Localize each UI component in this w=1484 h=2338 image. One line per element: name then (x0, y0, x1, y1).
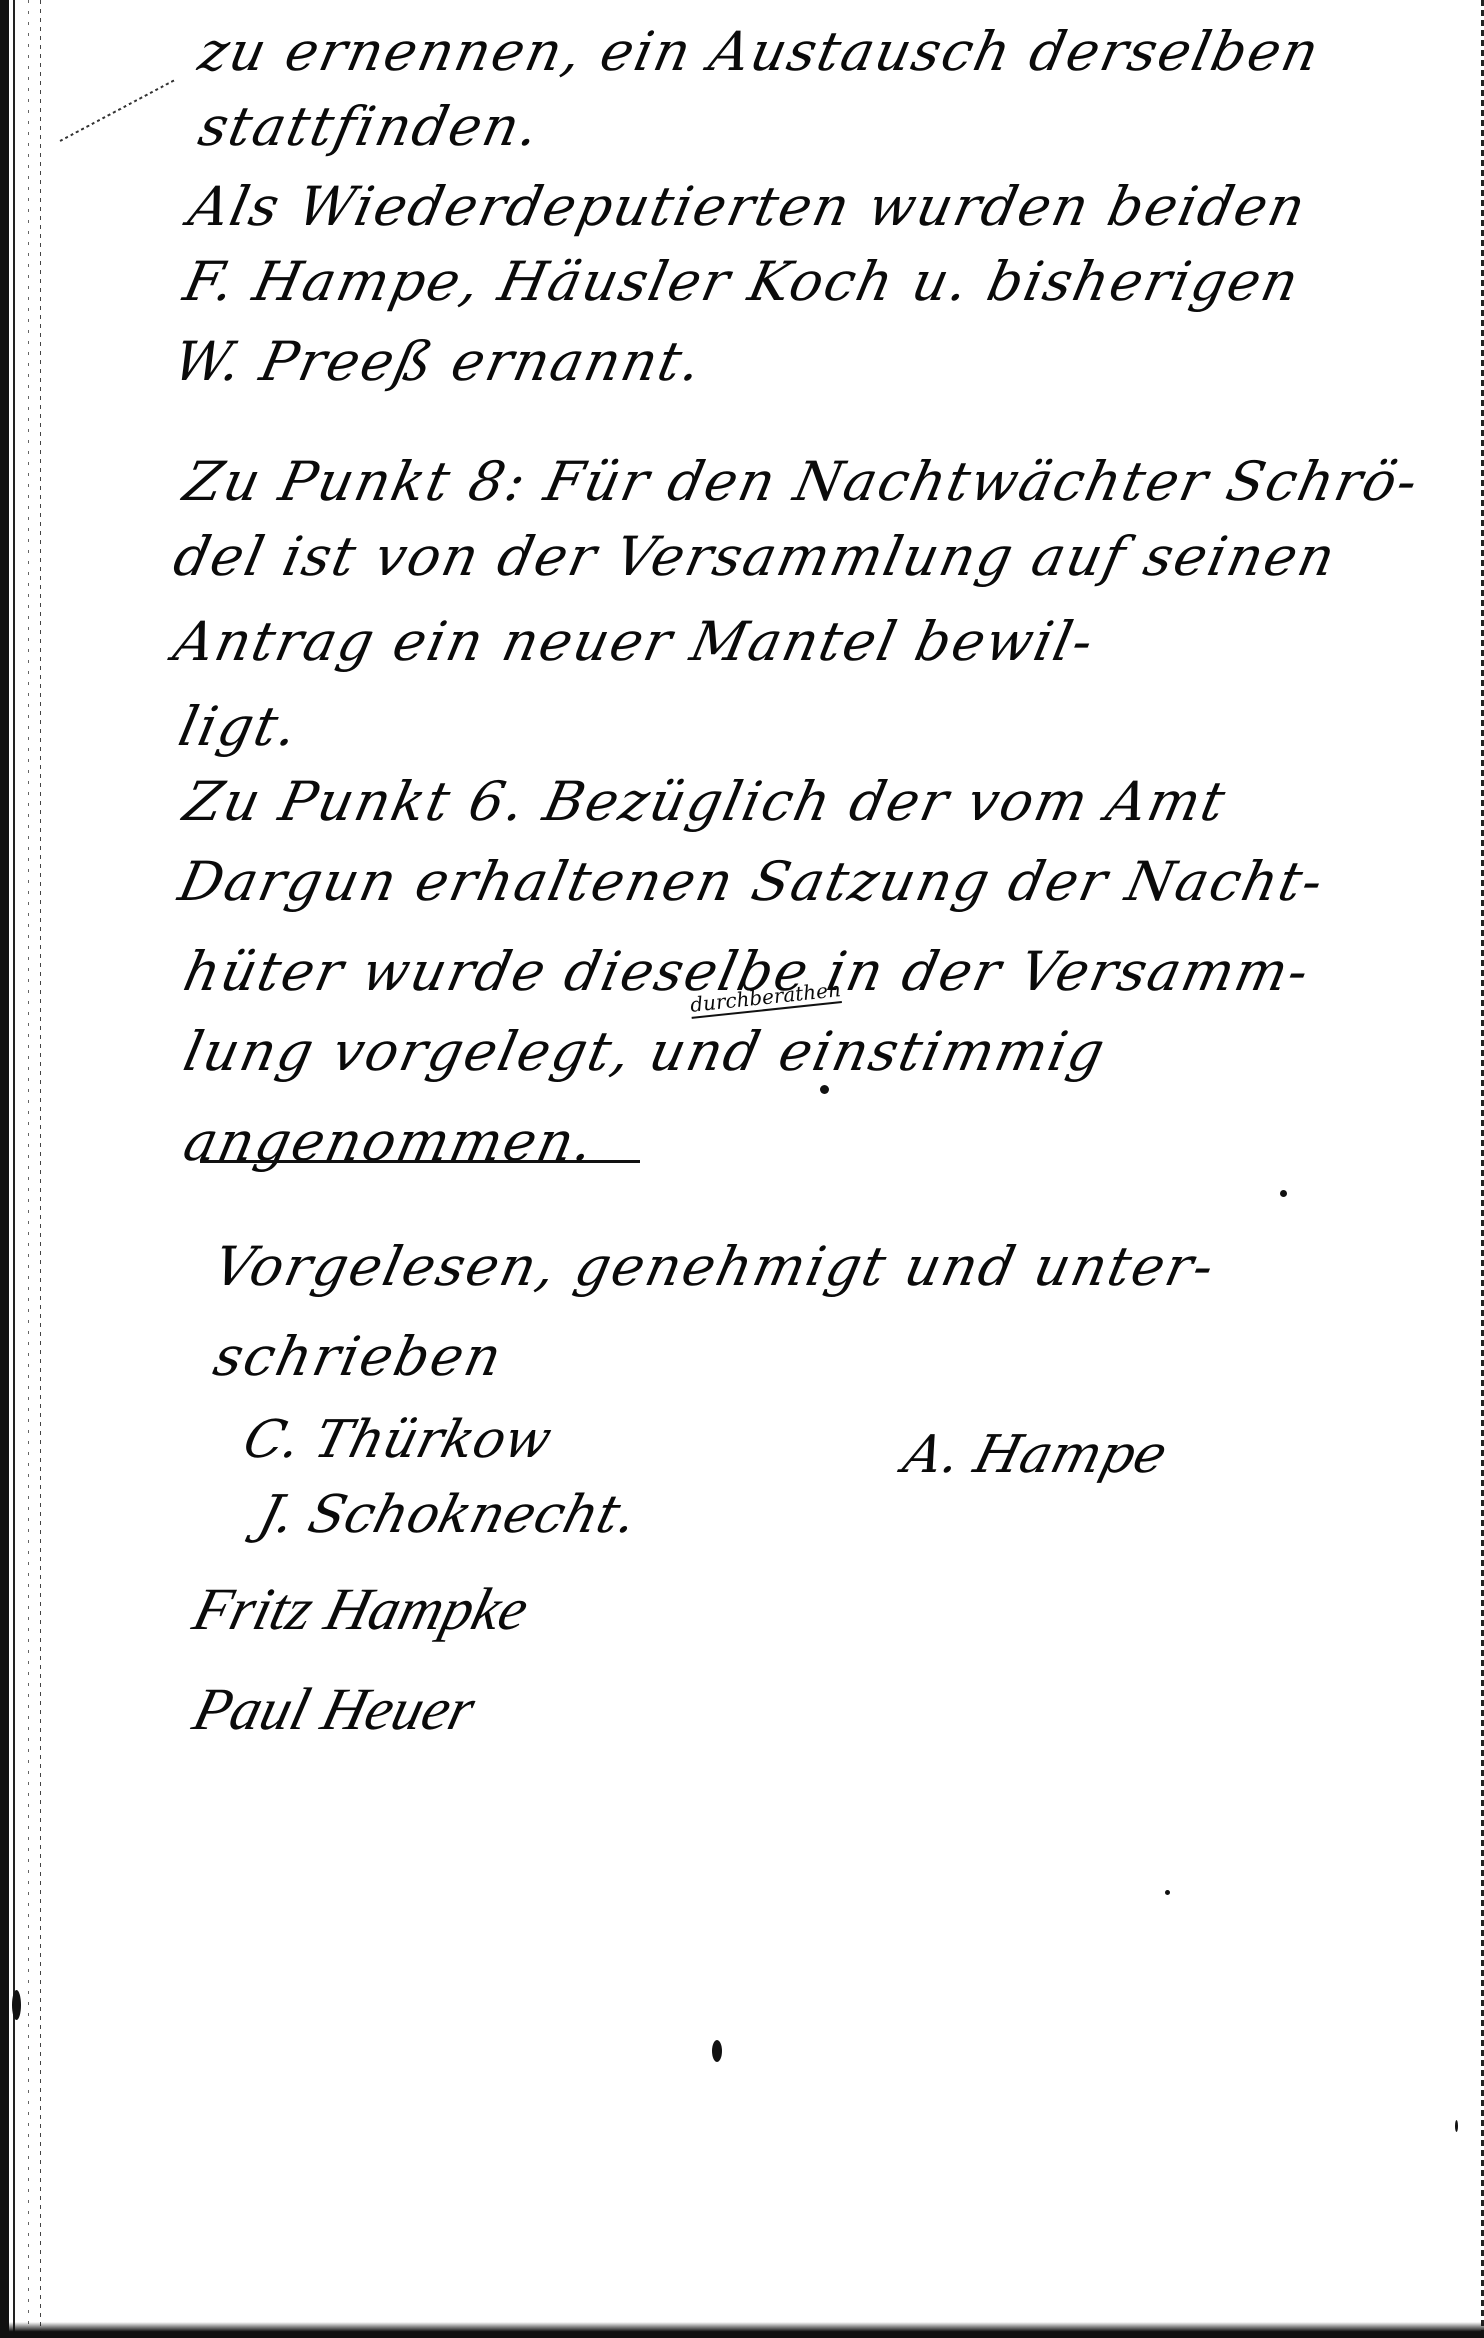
ink-speck (1280, 1190, 1287, 1197)
text-line-4: F. Hampe, Häusler Koch u. bisherigen (178, 250, 1305, 313)
ink-speck (820, 1085, 829, 1094)
text-line-13: lung vorgelegt, und einstimmig (178, 1020, 1111, 1083)
ink-speck (1165, 1890, 1170, 1895)
text-line-10: Zu Punkt 6. Bezüglich der vom Amt (178, 770, 1232, 833)
text-line-14: angenommen. (178, 1110, 601, 1173)
binding-edge (0, 0, 9, 2338)
ink-speck (712, 2040, 722, 2062)
text-line-3: Als Wiederdeputierten wurden beiden (183, 175, 1312, 238)
document-page: zu ernennen, ein Austausch derselben sta… (0, 0, 1484, 2338)
binding-line (13, 0, 15, 2338)
signature-a-hampe: A. Hampe (898, 1425, 1173, 1485)
signature-paul-heuer: Paul Heuer (186, 1675, 481, 1744)
closing-line-1: Vorgelesen, genehmigt und unter- (208, 1235, 1221, 1298)
ink-speck (1455, 2120, 1458, 2132)
text-line-9: ligt. (173, 695, 304, 758)
margin-dotted-line (40, 0, 41, 2338)
signature-fritz-hampke: Fritz Hampke (186, 1575, 535, 1644)
text-line-7: del ist von der Versammlung auf seinen (168, 525, 1342, 588)
text-line-1: zu ernennen, ein Austausch derselben (193, 20, 1326, 83)
bottom-page-edge (0, 2322, 1484, 2338)
closing-flourish-line (200, 1160, 640, 1163)
signature-schoknecht: J. Schoknecht. (253, 1485, 643, 1545)
text-line-5: W. Preeß ernannt. (168, 330, 708, 393)
margin-dotted-line-outer (28, 0, 29, 2338)
text-line-11: Dargun erhaltenen Satzung der Nacht- (173, 850, 1330, 913)
text-line-6: Zu Punkt 8: Für den Nachtwächter Schrö- (178, 450, 1425, 513)
closing-line-2: schrieben (208, 1325, 508, 1388)
text-line-8: Antrag ein neuer Mantel bewil- (168, 610, 1100, 673)
stray-pen-stroke (60, 79, 176, 142)
text-line-2: stattfinden. (193, 95, 546, 158)
ink-speck (12, 1990, 21, 2020)
signature-thuerkow: C. Thürkow (238, 1410, 558, 1470)
